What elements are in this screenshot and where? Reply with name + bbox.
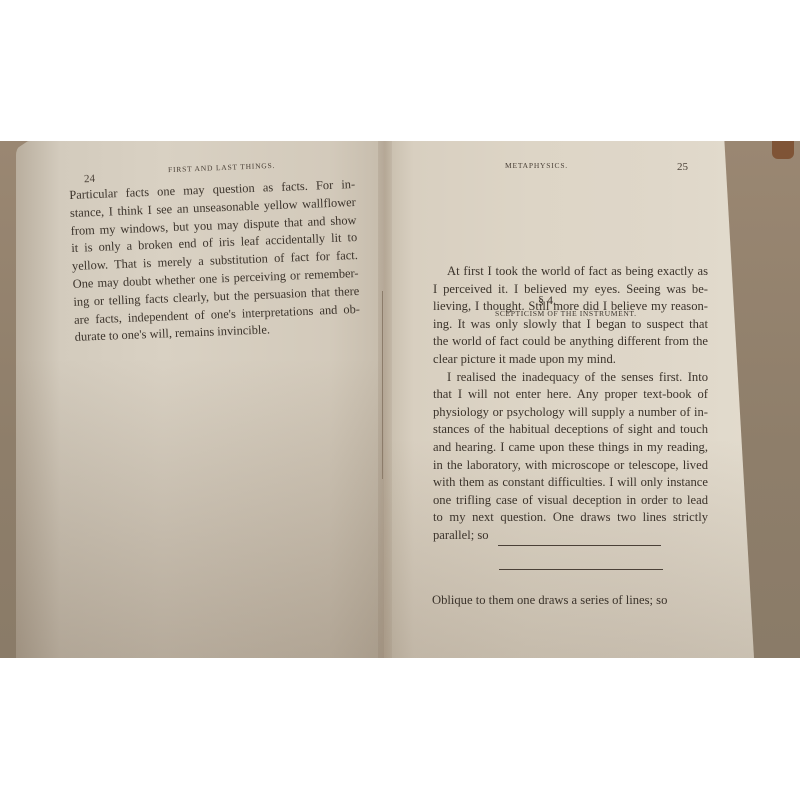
text-line: physiology or psychology will supply a n… <box>433 404 708 422</box>
text-line: with them as constant difficulties. I wi… <box>433 474 708 492</box>
text-line: in the laboratory, with microscope or te… <box>433 457 708 475</box>
page-number-right: 25 <box>677 161 688 173</box>
book-gutter <box>378 141 392 658</box>
text-line: parallel; so <box>433 527 708 545</box>
text-line: one trifling case of visual deception in… <box>433 492 708 510</box>
background-object <box>772 141 794 159</box>
final-text-line: Oblique to them one draws a series of li… <box>432 593 667 608</box>
parallel-line-1 <box>498 545 661 546</box>
text-line: At first I took the world of fact as bei… <box>433 263 708 281</box>
text-line: stances of the habitual deceptions of si… <box>433 421 708 439</box>
left-page-body: Particular facts one may question as fac… <box>69 176 361 347</box>
running-head-left: FIRST AND LAST THINGS. <box>168 161 275 174</box>
parallel-line-2 <box>499 569 663 570</box>
text-line: and hearing. I came upon these things in… <box>433 439 708 457</box>
text-line: lieving, I thought. Still more did I bel… <box>433 298 708 316</box>
text-line: to my next question. One draws two lines… <box>433 509 708 527</box>
page-number-left: 24 <box>84 173 95 185</box>
text-line: I perceived it. I believed my eyes. Seei… <box>433 281 708 299</box>
text-line: that I will not enter here. Any proper t… <box>433 386 708 404</box>
right-page-body: At first I took the world of fact as bei… <box>433 263 708 545</box>
book-photo: 24 FIRST AND LAST THINGS. Particular fac… <box>0 141 800 658</box>
running-head-right: METAPHYSICS. <box>505 161 568 170</box>
text-line: ing. It was only slowly that I began to … <box>433 316 708 334</box>
binding-stitch <box>382 291 383 479</box>
text-line: clear picture it made upon my mind. <box>433 351 708 369</box>
text-line: the world of fact could be anything diff… <box>433 333 708 351</box>
left-page: 24 FIRST AND LAST THINGS. Particular fac… <box>16 141 384 658</box>
text-line: I realised the inadequacy of the senses … <box>433 369 708 387</box>
